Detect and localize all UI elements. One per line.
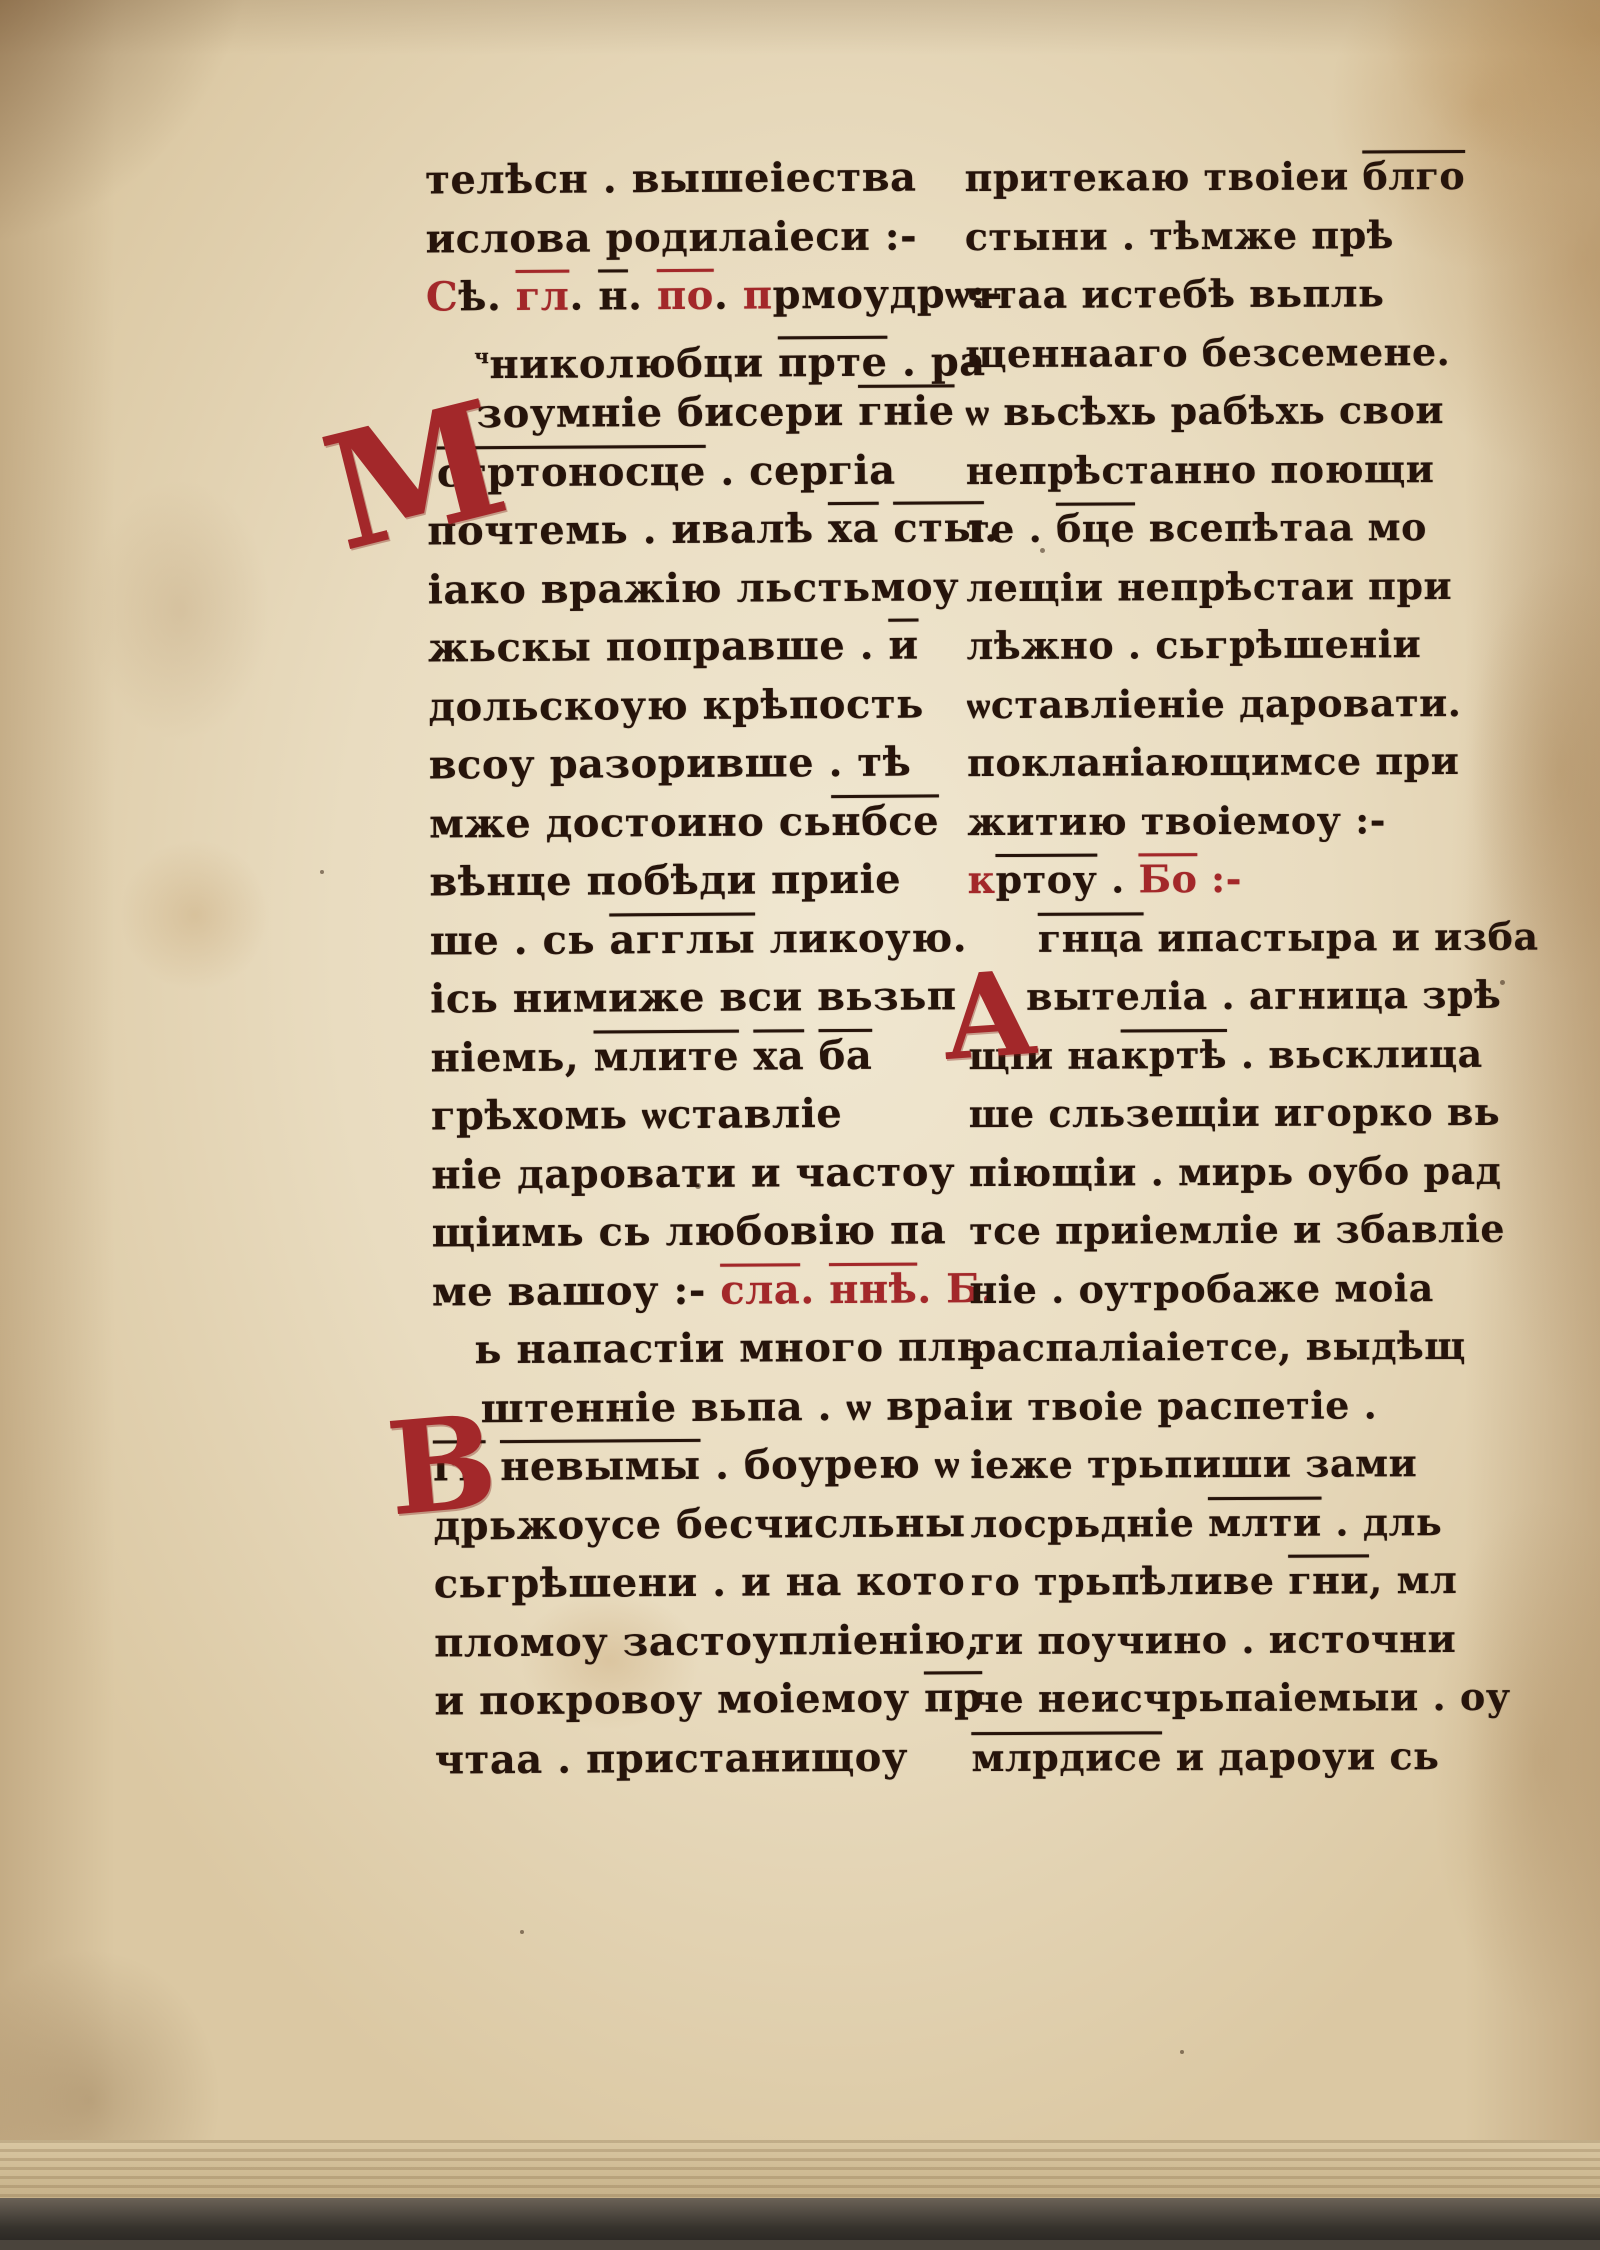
text-line: житию твоіемоу :- <box>967 790 1502 851</box>
text-segment: ніемь, <box>430 1033 593 1081</box>
text-segment: го трьпѣливе <box>971 1558 1289 1604</box>
right-text-column: притекаю твоіеи блгостыни . тѣмже прѣчта… <box>964 147 1506 1787</box>
text-segment: штенніе вьпа . ѡ вра <box>481 1382 970 1432</box>
text-segment: ме вашоу :- <box>432 1266 721 1315</box>
text-segment: распаліаіетсе, выдѣщ <box>970 1323 1466 1370</box>
text-line: лѣжно . сьгрѣшеніи <box>966 615 1501 676</box>
text-segment: ннѣ <box>829 1265 917 1313</box>
text-line: ислова родилаіеси :- <box>425 207 930 269</box>
text-segment: чтаа истебѣ вьпль <box>965 270 1384 317</box>
text-segment: . боурею ѡ <box>700 1440 960 1489</box>
text-line: жьскы поправше . и <box>428 616 933 678</box>
drop-cap-initial-m: М <box>311 379 519 575</box>
text-segment: , мл <box>1369 1557 1457 1602</box>
text-segment: ніе даровати и частоу <box>431 1148 955 1198</box>
text-segment: ха <box>828 505 879 552</box>
text-segment <box>879 505 894 552</box>
text-segment: те . <box>966 506 1056 551</box>
text-segment: сла <box>720 1266 800 1313</box>
text-segment: . <box>714 272 743 319</box>
text-segment: ч <box>474 344 489 368</box>
text-segment: грѣхомь ѡставліе <box>431 1090 843 1140</box>
text-segment: и дароуи сь <box>1162 1733 1439 1779</box>
text-segment: телѣсн . вышеіества <box>425 154 917 204</box>
text-line: покланіающимсе при <box>967 732 1502 793</box>
text-line: ше . сь агглы ликоую. <box>430 909 935 971</box>
text-segment: агглы <box>609 915 755 963</box>
text-line: мже достоино сьнбсе <box>429 792 934 854</box>
text-segment: С <box>426 273 459 320</box>
text-segment: пломоу застоупліенію, <box>434 1616 980 1666</box>
text-line: гнца ипастыра и изба <box>968 907 1503 968</box>
left-text-column: телѣсн . вышеіестваислова родилаіеси :-С… <box>425 148 940 1789</box>
text-line: вѣнце побѣди приіе <box>429 850 934 912</box>
text-segment: ше . сь <box>430 916 610 964</box>
text-segment <box>739 1032 754 1079</box>
text-line: и покровоу моіемоу пр <box>434 1669 939 1731</box>
text-segment: по <box>657 272 714 319</box>
text-line: Сѣ. гл. н. по. прмоудрѡ:- <box>426 265 931 327</box>
text-segment: гніе <box>858 387 955 435</box>
text-segment: невымы <box>500 1442 701 1490</box>
text-line: щіи накртѣ . вьсклица <box>968 1024 1503 1085</box>
text-segment: притекаю твоіеи <box>964 153 1362 200</box>
ink-speck <box>320 870 324 874</box>
text-line: зоумніе бисери гніе <box>426 382 931 444</box>
ink-speck <box>520 1930 524 1934</box>
text-line: те . бце всепѣтаа мо <box>966 498 1501 559</box>
text-segment: . вьсклица <box>1227 1030 1483 1076</box>
text-segment: к <box>968 857 996 902</box>
text-line: ѡ вьсѣхь рабѣхь свои <box>965 381 1500 442</box>
text-segment: бце <box>1056 505 1135 550</box>
text-segment: жьскы поправше . <box>428 622 889 672</box>
text-line: чтаа истебѣ вьпль <box>965 264 1500 325</box>
text-segment: кртѣ <box>1121 1032 1227 1077</box>
text-line: притекаю твоіеи блго <box>964 147 1499 208</box>
text-segment: гнца <box>1038 915 1144 960</box>
text-line: чтаа . пристанищоу <box>435 1728 940 1790</box>
text-line: тсе приіемліе и збавліе <box>969 1200 1504 1261</box>
text-line: іеже трьпиши зами <box>970 1434 1505 1495</box>
text-line: го трьпѣливе гни, мл <box>971 1551 1506 1612</box>
text-segment: ха <box>753 1032 804 1079</box>
text-segment: . <box>800 1266 829 1313</box>
text-segment: че неисчрьпаіемыи . оу <box>971 1674 1511 1721</box>
text-segment: ликоую. <box>755 914 967 962</box>
text-segment: щіимь сь любовію па <box>431 1206 946 1256</box>
text-line: кртоу . Бо :- <box>967 849 1502 910</box>
text-line: ніемь, млите ха ба <box>430 1026 935 1088</box>
text-segment: п <box>743 271 773 318</box>
background-surface-strip <box>0 2198 1600 2240</box>
text-segment: . <box>569 273 598 320</box>
text-segment: вытеліа . агница зрѣ <box>1026 972 1501 1019</box>
text-line: сьгрѣшени . и на кото <box>434 1552 939 1614</box>
text-line: непрѣстанно поющи <box>966 439 1501 500</box>
manuscript-page: телѣсн . вышеіестваислова родилаіеси :-С… <box>0 0 1600 2240</box>
text-line: ніе . оутробаже моіа <box>969 1258 1504 1319</box>
text-segment: тсе приіемліе и збавліе <box>969 1206 1505 1253</box>
text-line: че неисчрьпаіемыи . оу <box>971 1668 1506 1729</box>
text-line: ти поучино . источни <box>971 1609 1506 1670</box>
text-segment: прте <box>778 338 888 386</box>
text-line: млрдисе и дароуи сь <box>971 1726 1506 1787</box>
text-segment: іи твоіе распетіе . <box>970 1382 1378 1429</box>
text-line: телѣсн . вышеіества <box>425 148 930 210</box>
text-segment: Бо <box>1138 856 1197 901</box>
text-segment: :- <box>1197 856 1242 901</box>
stain-left-middle <box>90 480 270 740</box>
text-segment: покланіающимсе при <box>967 738 1459 785</box>
text-segment: ипастыра и изба <box>1144 913 1539 960</box>
text-line: дрьжоусе бесчисльны <box>433 1494 938 1556</box>
drop-cap-initial-v: В <box>383 1398 502 1535</box>
text-segment: . <box>628 272 657 319</box>
text-line: іи твоіе распетіе . <box>970 1375 1505 1436</box>
text-segment: піющіи . мирь оубо рад <box>969 1147 1502 1194</box>
text-segment: млти <box>1208 1499 1322 1544</box>
text-segment: млрдисе <box>971 1734 1162 1780</box>
text-segment: зоумніе бисери <box>476 388 858 437</box>
text-segment: стыни . тѣмже прѣ <box>965 212 1394 259</box>
text-segment: ніе . оутробаже моіа <box>969 1265 1434 1312</box>
text-line: лещіи непрѣстаи при <box>966 556 1501 617</box>
text-line: щіимь сь любовію па <box>431 1201 936 1263</box>
text-segment: всоу разоривше . тѣ <box>429 739 912 789</box>
text-segment: лѣжно . сьгрѣшеніи <box>966 621 1421 668</box>
text-segment: житию твоіемоу :- <box>967 797 1386 844</box>
text-segment: . <box>1097 856 1138 901</box>
text-segment: ба <box>819 1031 873 1078</box>
text-segment: николюбци <box>489 339 778 388</box>
text-segment: . сергіа <box>706 446 896 494</box>
text-segment: гни <box>1288 1557 1369 1602</box>
text-segment <box>804 1032 819 1079</box>
text-line: щеннааго безсемене. <box>965 322 1500 383</box>
text-line: штенніе вьпа . ѡ вра <box>433 1377 938 1439</box>
text-segment: ѡставліеніе даровати. <box>967 680 1462 727</box>
text-line: пломоу застоупліенію, <box>434 1611 939 1673</box>
text-line: ь напастіи много пль <box>432 1318 937 1380</box>
ink-speck <box>1180 2050 1184 2054</box>
text-segment: всепѣтаа мо <box>1135 504 1427 550</box>
drop-cap-initial-a: А <box>938 955 1040 1077</box>
text-segment: гл <box>516 273 570 320</box>
text-segment: млите <box>594 1032 740 1080</box>
text-segment: ше сльзещіи игорко вь <box>969 1089 1501 1136</box>
text-segment: дрьжоусе бесчисльны <box>433 1499 965 1549</box>
text-segment: ѡ вьсѣхь рабѣхь свои <box>965 387 1444 434</box>
text-segment: ѣ. <box>458 273 516 320</box>
stain-left-lower <box>120 840 270 990</box>
text-segment: іако вражію льстьмоу <box>428 563 960 613</box>
text-segment: ь напастіи много пль <box>474 1323 984 1373</box>
text-segment: ртоу <box>995 857 1097 902</box>
text-line: ѡставліеніе даровати. <box>967 673 1502 734</box>
text-segment: нбсе <box>831 797 939 845</box>
text-line: вытеліа . агница зрѣ <box>968 966 1503 1027</box>
text-segment: ти поучино . источни <box>971 1616 1457 1663</box>
text-line: дольскоую крѣпость <box>428 675 933 737</box>
text-segment: непрѣстанно поющи <box>966 446 1435 493</box>
text-line: лосрьдніе млти . дль <box>970 1492 1505 1553</box>
text-segment: дольскоую крѣпость <box>428 680 924 730</box>
text-segment: сьгрѣшени . и на кото <box>434 1557 966 1607</box>
text-segment: вѣнце побѣди приіе <box>429 856 901 906</box>
text-line: іако вражію льстьмоу <box>428 558 933 620</box>
text-line: ше сльзещіи игорко вь <box>969 1083 1504 1144</box>
text-segment: и покровоу моіемоу <box>434 1675 924 1725</box>
text-segment: чтаа . пристанищоу <box>435 1733 908 1783</box>
text-line: распаліаіетсе, выдѣщ <box>970 1317 1505 1378</box>
text-line: всоу разоривше . тѣ <box>429 733 934 795</box>
text-line: ме вашоу :- сла. ннѣ. Б. <box>432 1260 937 1322</box>
text-segment: н <box>598 272 628 319</box>
text-line: ніе даровати и частоу <box>431 1143 936 1205</box>
text-segment: и <box>888 622 918 669</box>
text-segment: ісь нимиже вси вьзьп <box>430 972 957 1022</box>
text-segment: ислова родилаіеси :- <box>425 212 917 262</box>
text-line: піющіи . мирь оубо рад <box>969 1141 1504 1202</box>
text-segment: щеннааго безсемене. <box>965 329 1450 376</box>
text-segment: блго <box>1362 153 1465 198</box>
text-line: ісь нимиже вси вьзьп <box>430 967 935 1029</box>
text-segment: мже достоино сь <box>429 798 832 847</box>
text-segment: . дль <box>1321 1499 1442 1545</box>
text-segment: лещіи непрѣстаи при <box>966 563 1452 610</box>
text-line: стыни . тѣмже прѣ <box>965 205 1500 266</box>
text-segment: лосрьдніе <box>970 1500 1208 1546</box>
text-segment: іеже трьпиши зами <box>970 1440 1417 1487</box>
text-line: чниколюбци прте . ра <box>426 324 931 386</box>
text-line: грѣхомь ѡставліе <box>431 1084 936 1146</box>
text-line: гь невымы . боурею ѡ <box>433 1435 938 1497</box>
